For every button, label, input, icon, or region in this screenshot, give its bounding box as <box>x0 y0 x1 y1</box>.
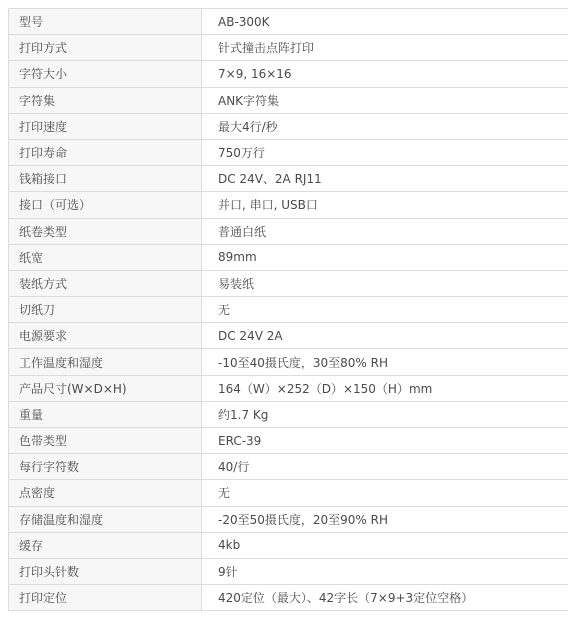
spec-label: 点密度 <box>9 480 202 505</box>
spec-label: 电源要求 <box>9 323 202 348</box>
spec-label: 打印速度 <box>9 114 202 139</box>
spec-label: 存储温度和湿度 <box>9 507 202 532</box>
table-row: 打印方式 针式撞击点阵打印 <box>9 35 568 61</box>
spec-value: DC 24V 2A <box>202 323 568 348</box>
table-row: 字符大小 7×9, 16×16 <box>9 61 568 87</box>
spec-value: 4kb <box>202 533 568 558</box>
table-row: 接口（可选） 并口, 串口, USB口 <box>9 192 568 218</box>
spec-value: 750万行 <box>202 140 568 165</box>
table-row: 产品尺寸(W×D×H) 164（W）×252（D）×150（H）mm <box>9 376 568 402</box>
spec-value: -20至50摄氏度，20至90% RH <box>202 507 568 532</box>
table-row: 钱箱接口 DC 24V、2A RJ11 <box>9 166 568 192</box>
table-row: 电源要求 DC 24V 2A <box>9 323 568 349</box>
printer-spec-table: 型号 AB-300K 打印方式 针式撞击点阵打印 字符大小 7×9, 16×16… <box>8 8 568 611</box>
table-row: 每行字符数 40/行 <box>9 454 568 480</box>
table-row: 存储温度和湿度 -20至50摄氏度，20至90% RH <box>9 507 568 533</box>
table-row: 点密度 无 <box>9 480 568 506</box>
spec-label: 打印寿命 <box>9 140 202 165</box>
table-row: 纸宽 89mm <box>9 245 568 271</box>
spec-value: 易装纸 <box>202 271 568 296</box>
spec-value: 7×9, 16×16 <box>202 61 568 86</box>
spec-value: DC 24V、2A RJ11 <box>202 166 568 191</box>
spec-value: 普通白纸 <box>202 219 568 244</box>
spec-label: 重量 <box>9 402 202 427</box>
spec-value: ANK字符集 <box>202 88 568 113</box>
table-row: 打印头针数 9针 <box>9 559 568 585</box>
spec-label: 字符集 <box>9 88 202 113</box>
spec-value: 最大4行/秒 <box>202 114 568 139</box>
spec-label: 工作温度和湿度 <box>9 349 202 374</box>
table-row: 工作温度和湿度 -10至40摄氏度，30至80% RH <box>9 349 568 375</box>
table-row: 型号 AB-300K <box>9 9 568 35</box>
spec-label: 纸宽 <box>9 245 202 270</box>
spec-value: 420定位（最大）、42字长（7×9+3定位空格） <box>202 585 568 610</box>
spec-value: AB-300K <box>202 9 568 34</box>
spec-label: 缓存 <box>9 533 202 558</box>
table-row: 打印定位 420定位（最大）、42字长（7×9+3定位空格） <box>9 585 568 611</box>
spec-value: ERC-39 <box>202 428 568 453</box>
table-row: 打印速度 最大4行/秒 <box>9 114 568 140</box>
table-row: 字符集 ANK字符集 <box>9 88 568 114</box>
spec-value: 并口, 串口, USB口 <box>202 192 568 217</box>
spec-value: -10至40摄氏度，30至80% RH <box>202 349 568 374</box>
table-row: 色带类型 ERC-39 <box>9 428 568 454</box>
spec-label: 色带类型 <box>9 428 202 453</box>
spec-value: 约1.7 Kg <box>202 402 568 427</box>
spec-label: 打印定位 <box>9 585 202 610</box>
spec-label: 打印头针数 <box>9 559 202 584</box>
table-row: 纸卷类型 普通白纸 <box>9 219 568 245</box>
spec-label: 装纸方式 <box>9 271 202 296</box>
spec-value: 40/行 <box>202 454 568 479</box>
spec-label: 钱箱接口 <box>9 166 202 191</box>
spec-label: 型号 <box>9 9 202 34</box>
spec-label: 产品尺寸(W×D×H) <box>9 376 202 401</box>
spec-label: 纸卷类型 <box>9 219 202 244</box>
spec-label: 切纸刀 <box>9 297 202 322</box>
spec-label: 接口（可选） <box>9 192 202 217</box>
spec-label: 每行字符数 <box>9 454 202 479</box>
spec-value: 164（W）×252（D）×150（H）mm <box>202 376 568 401</box>
table-row: 装纸方式 易装纸 <box>9 271 568 297</box>
spec-value: 无 <box>202 480 568 505</box>
spec-label: 打印方式 <box>9 35 202 60</box>
spec-value: 89mm <box>202 245 568 270</box>
spec-value: 无 <box>202 297 568 322</box>
spec-label: 字符大小 <box>9 61 202 86</box>
spec-value: 9针 <box>202 559 568 584</box>
table-row: 打印寿命 750万行 <box>9 140 568 166</box>
table-row: 切纸刀 无 <box>9 297 568 323</box>
spec-value: 针式撞击点阵打印 <box>202 35 568 60</box>
table-row: 重量 约1.7 Kg <box>9 402 568 428</box>
table-row: 缓存 4kb <box>9 533 568 559</box>
